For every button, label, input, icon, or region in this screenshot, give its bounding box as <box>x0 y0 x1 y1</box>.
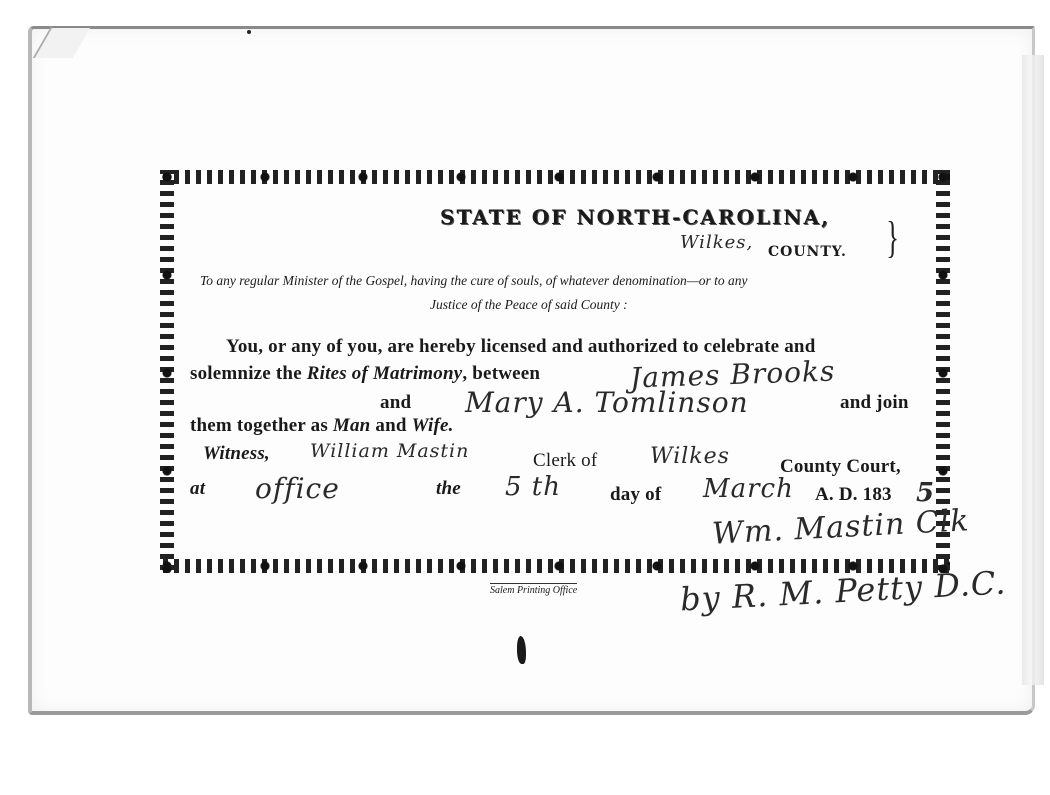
body-line-1: You, or any of you, are hereby licensed … <box>226 336 815 358</box>
clerk-county-handwritten: Wilkes <box>650 444 730 469</box>
body-line-2: solemnize the Rites of Matrimony, betwee… <box>190 363 540 385</box>
printer-credit: Salem Printing Office <box>490 583 577 596</box>
ad-year-label: A. D. 183 <box>815 484 892 506</box>
clerk-of-label: Clerk of <box>533 450 597 472</box>
wife-word: Wife. <box>412 415 454 436</box>
state-title: STATE OF NORTH-CAROLINA, <box>440 205 830 229</box>
body-line-2-suffix: , between <box>462 363 540 384</box>
year-digit-handwritten: 5 <box>916 478 935 508</box>
vine-border-top <box>160 170 950 184</box>
ink-speck <box>247 30 251 34</box>
the-label: the <box>436 478 461 500</box>
and-word: and <box>370 415 411 436</box>
body-line-4: them together as Man and Wife. <box>190 415 454 437</box>
body-line-4-prefix: them together as <box>190 415 333 436</box>
address-line-2: Justice of the Peace of said County : <box>430 297 628 313</box>
county-handwritten: Wilkes, <box>680 232 753 253</box>
county-label: COUNTY. <box>768 244 847 260</box>
and-join-label: and join <box>840 392 909 414</box>
bride-name-handwritten: Mary A. Tomlinson <box>465 386 749 419</box>
body-line-2-prefix: solemnize the <box>190 363 307 384</box>
day-of-label: day of <box>610 484 661 506</box>
at-label: at <box>190 478 205 500</box>
county-court-label: County Court, <box>780 456 901 478</box>
man-word: Man <box>333 415 371 436</box>
place-handwritten: office <box>255 472 340 505</box>
vine-border-bottom <box>160 559 950 573</box>
brace-mark: } <box>886 212 899 263</box>
rites-of-matrimony: Rites of Matrimony <box>307 363 463 384</box>
paper-fold-edge <box>1022 55 1044 685</box>
month-handwritten: March <box>703 474 794 504</box>
vine-border-left <box>160 170 174 573</box>
address-line-1: To any regular Minister of the Gospel, h… <box>200 273 747 289</box>
witness-label: Witness, <box>203 443 270 465</box>
and-label: and <box>380 392 411 414</box>
day-handwritten: 5 th <box>505 472 561 502</box>
clerk-name-handwritten: William Mastin <box>310 440 469 462</box>
